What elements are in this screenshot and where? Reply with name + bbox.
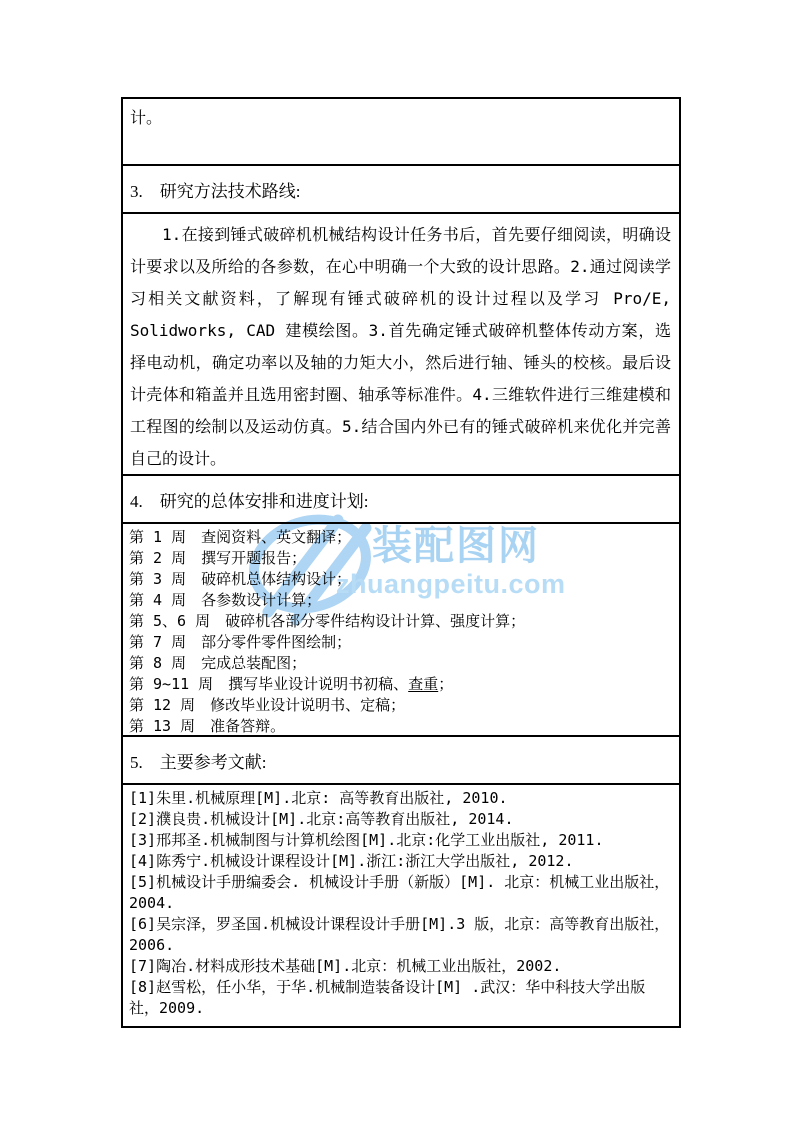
underlined-word: 查重 [408, 675, 438, 693]
reference-item: [8]赵雪松，任小华，于华.机械制造装备设计[M] .武汉：华中科技大学出版社，… [129, 977, 671, 1019]
continuation-cell: 计。 [123, 99, 679, 166]
reference-item: [1]朱里.机械原理[M].北京: 高等教育出版社, 2010. [129, 788, 671, 809]
section4-heading: 4. 研究的总体安排和进度计划: [123, 476, 679, 524]
document-page: 装配图网 zhuangpeitu.com 计。 3. 研究方法技术路线: 1.在… [0, 0, 794, 1123]
reference-item: [3]邢邦圣.机械制图与计算机绘图[M].北京:化学工业出版社, 2011. [129, 830, 671, 851]
schedule-item: 第 13 周 准备答辩。 [129, 716, 671, 737]
schedule-item: 第 1 周 查阅资料、英文翻译； [129, 527, 671, 548]
reference-item: [6]吴宗泽，罗圣国.机械设计课程设计手册[M].3 版，北京：高等教育出版社，… [129, 914, 671, 956]
reference-item: [2]濮良贵.机械设计[M].北京:高等教育出版社, 2014. [129, 809, 671, 830]
reference-item: [4]陈秀宁.机械设计课程设计[M].浙江:浙江大学出版社, 2012. [129, 851, 671, 872]
reference-item: [7]陶冶.材料成形技术基础[M].北京：机械工业出版社，2002. [129, 956, 671, 977]
reference-item: [5]机械设计手册编委会. 机械设计手册（新版）[M]. 北京：机械工业出版社，… [129, 872, 671, 914]
section3-paragraph: 1.在接到锤式破碎机机械结构设计任务书后，首先要仔细阅读，明确设计要求以及所给的… [123, 214, 679, 476]
schedule-item: 第 2 周 撰写开题报告； [129, 548, 671, 569]
schedule-item: 第 8 周 完成总装配图； [129, 653, 671, 674]
schedule-item: 第 3 周 破碎机总体结构设计； [129, 569, 671, 590]
form-table: 计。 3. 研究方法技术路线: 1.在接到锤式破碎机机械结构设计任务书后，首先要… [121, 97, 681, 1028]
schedule-item: 第 5、6 周 破碎机各部分零件结构设计计算、强度计算； [129, 611, 671, 632]
schedule-item: 第 12 周 修改毕业设计说明书、定稿； [129, 695, 671, 716]
reference-list: [1]朱里.机械原理[M].北京: 高等教育出版社, 2010.[2]濮良贵.机… [123, 785, 679, 1026]
schedule-item: 第 7 周 部分零件零件图绘制； [129, 632, 671, 653]
section5-heading: 5. 主要参考文献: [123, 737, 679, 785]
section3-heading: 3. 研究方法技术路线: [123, 166, 679, 214]
schedule-item: 第 9~11 周 撰写毕业设计说明书初稿、查重； [129, 674, 671, 695]
schedule-item: 第 4 周 各参数设计计算； [129, 590, 671, 611]
schedule-list: 第 1 周 查阅资料、英文翻译；第 2 周 撰写开题报告；第 3 周 破碎机总体… [123, 524, 679, 737]
